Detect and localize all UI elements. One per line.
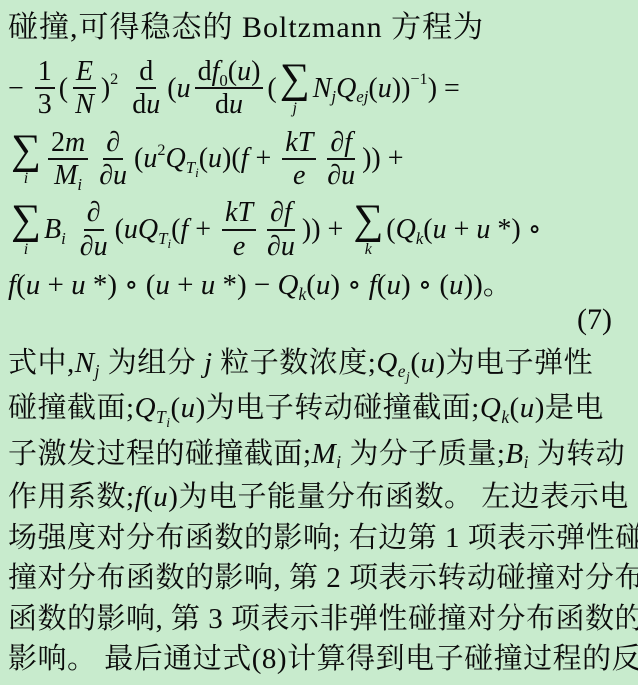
math-var: u bbox=[420, 347, 435, 379]
math-var: j bbox=[331, 88, 336, 106]
math-var: B bbox=[505, 434, 523, 475]
summation: ∑i bbox=[11, 131, 41, 188]
math-text: *) ∘ bbox=[490, 215, 541, 244]
sub-group: ej bbox=[398, 351, 411, 394]
math-var: u bbox=[124, 215, 138, 244]
math-text: d bbox=[215, 89, 229, 120]
math-text: ( bbox=[115, 215, 124, 244]
math-text: ( bbox=[143, 481, 153, 513]
numerator: E bbox=[73, 56, 96, 89]
math-text: 1 bbox=[38, 56, 52, 87]
superscript: 2 bbox=[110, 71, 118, 88]
subscript: i bbox=[524, 442, 529, 483]
math-text: 粒子数浓度; bbox=[213, 347, 377, 379]
body-paragraph: 式中,Nj 为组分 j 粒子数浓度;Qej(u)为电子弹性 碰撞截面;QTi(u… bbox=[8, 343, 630, 680]
numerator: ∂ bbox=[84, 197, 104, 230]
sigma-icon: ∑ bbox=[11, 131, 41, 170]
math-text: )为电子能量分布函数。 左边表示电 bbox=[168, 481, 628, 513]
math-text: ( bbox=[134, 144, 143, 173]
subscript: k bbox=[416, 230, 423, 248]
math-var: e bbox=[233, 231, 245, 262]
intro-line: 碰撞,可得稳态的 Boltzmann 方程为 bbox=[8, 6, 630, 50]
math-text: d bbox=[198, 56, 212, 87]
denominator: e bbox=[230, 231, 248, 262]
math-text: ( bbox=[386, 215, 395, 244]
math-var: j bbox=[95, 351, 100, 392]
math-text: )) bbox=[392, 74, 411, 103]
subscript: Ti bbox=[156, 397, 170, 440]
math-text: − bbox=[8, 74, 31, 103]
numerator: d bbox=[136, 56, 156, 89]
math-text: ( bbox=[306, 270, 316, 300]
denominator: ∂u bbox=[324, 160, 358, 191]
math-text: + bbox=[188, 215, 218, 244]
math-text: ( bbox=[423, 215, 432, 244]
math-text: )( bbox=[222, 144, 241, 173]
math-text: ) ∘ ( bbox=[401, 270, 449, 300]
math-text: 碰撞截面; bbox=[8, 392, 135, 424]
math-var: u bbox=[143, 144, 157, 173]
math-text: 为转动 bbox=[529, 438, 625, 470]
math-var: f bbox=[135, 481, 144, 513]
math-text: + bbox=[447, 215, 477, 244]
math-var: e bbox=[398, 351, 406, 392]
sub-group: Ti bbox=[158, 230, 171, 248]
subscript: i bbox=[195, 166, 199, 180]
sub-group: Nj bbox=[313, 74, 336, 103]
subscript: k bbox=[501, 397, 509, 438]
fraction: ∂∂u bbox=[96, 127, 130, 192]
math-text: 0 bbox=[219, 72, 227, 91]
subscript: ej bbox=[398, 351, 411, 394]
superscript: −1 bbox=[410, 71, 427, 88]
sub-group: f0 bbox=[212, 56, 228, 87]
body-line-6: 撞对分布函数的影响, 第 2 项表示转动碰撞对分布 bbox=[8, 558, 630, 599]
fraction: kTe bbox=[222, 197, 256, 262]
fraction: ∂f∂u bbox=[324, 127, 358, 192]
subscript: i bbox=[336, 442, 341, 483]
body-line-1: 式中,Nj 为组分 j 粒子数浓度;Qej(u)为电子弹性 bbox=[8, 343, 630, 389]
fraction: 2mMi bbox=[48, 127, 88, 192]
sub-group: Qk bbox=[480, 388, 510, 432]
sub-group: Mi bbox=[312, 434, 342, 478]
math-text: ) ∘ bbox=[330, 270, 368, 300]
fraction: ∂f∂u bbox=[264, 197, 298, 262]
denominator: du bbox=[212, 89, 246, 120]
math-text: ( bbox=[59, 74, 68, 103]
math-var: T bbox=[158, 230, 167, 248]
math-var: u bbox=[177, 74, 191, 103]
sigma-icon: ∑ bbox=[353, 201, 383, 240]
denominator: ∂u bbox=[264, 231, 298, 262]
math-var: u bbox=[229, 89, 243, 120]
sub-group: Nj bbox=[75, 343, 100, 387]
fraction: df0(u)du bbox=[195, 56, 264, 121]
math-text: )是电 bbox=[535, 392, 604, 424]
math-var: ∂u bbox=[99, 160, 127, 191]
math-var: i bbox=[167, 237, 171, 251]
fraction: EN bbox=[72, 56, 97, 121]
sigma-icon: ∑ bbox=[280, 60, 310, 99]
math-var: T bbox=[186, 159, 195, 177]
math-text: 作用系数; bbox=[8, 481, 135, 513]
math-var: i bbox=[166, 403, 170, 444]
math-var: Q bbox=[480, 388, 501, 429]
math-text: ( bbox=[16, 270, 26, 300]
math-var: u bbox=[181, 392, 196, 424]
math-var: T bbox=[156, 397, 166, 438]
math-var: e bbox=[293, 160, 305, 191]
summation: ∑j bbox=[280, 60, 310, 117]
math-var: u bbox=[26, 270, 41, 300]
numerator: 2m bbox=[48, 127, 88, 160]
sub-group: Qk bbox=[396, 215, 424, 244]
math-var: i bbox=[336, 442, 341, 483]
math-text: + bbox=[248, 144, 278, 173]
math-text: ) bbox=[101, 74, 110, 103]
math-var: k bbox=[298, 285, 306, 303]
sub-group: Mi bbox=[54, 160, 82, 191]
math-text: ( bbox=[167, 74, 176, 103]
subscript: j bbox=[95, 351, 100, 392]
equation-line-3: ∑iBi ∂∂u(uQTi(f + kTe∂f∂u)) + ∑k(Qk(u + … bbox=[8, 197, 630, 262]
sub-group: Bi bbox=[44, 215, 66, 244]
math-var: f bbox=[212, 56, 220, 87]
math-text: ( bbox=[170, 392, 180, 424]
numerator: ∂ bbox=[103, 127, 123, 160]
sub-group: QTi bbox=[135, 388, 171, 434]
math-var: u bbox=[520, 392, 535, 424]
math-var: u bbox=[237, 56, 251, 87]
denominator: N bbox=[72, 89, 97, 120]
math-var: M bbox=[312, 434, 337, 475]
math-text: 函数的影响, 第 3 项表示非弹性碰撞对分布函数的 bbox=[8, 603, 638, 635]
subscript: i bbox=[77, 176, 82, 195]
math-var: f bbox=[180, 215, 188, 244]
math-var: u bbox=[153, 481, 168, 513]
math-var: ∂f bbox=[270, 197, 292, 228]
body-line-8: 影响。 最后通过式(8)计算得到电子碰撞过程的反 bbox=[8, 639, 630, 680]
equation-line-4: f(u + u *) ∘ (u + u *) − Qk(u) ∘ f(u) ∘ … bbox=[8, 270, 630, 300]
math-text: ) = bbox=[428, 74, 460, 103]
superscript: 2 bbox=[157, 142, 165, 159]
math-text: 影响。 最后通过式(8)计算得到电子碰撞过程的反 bbox=[8, 643, 638, 675]
math-var: ∂ bbox=[87, 197, 101, 228]
math-text: 为组分 bbox=[100, 347, 204, 379]
math-text: 3 bbox=[38, 89, 52, 120]
summation: ∑i bbox=[11, 201, 41, 258]
denominator: e bbox=[290, 160, 308, 191]
math-var: j bbox=[364, 88, 369, 106]
sum-index: j bbox=[293, 101, 297, 117]
math-var: Q bbox=[135, 388, 156, 429]
sum-index: k bbox=[365, 242, 372, 258]
math-var: N bbox=[75, 89, 94, 120]
numerator: ∂f bbox=[267, 197, 295, 230]
math-var: ∂f bbox=[330, 127, 352, 158]
sub-group: QTi bbox=[138, 215, 171, 244]
equation-block: − 13(EN)2 ddu(udf0(u)du(∑jNjQej(u))−1) =… bbox=[8, 56, 630, 337]
math-var: ∂u bbox=[267, 231, 295, 262]
math-text: ( bbox=[368, 74, 377, 103]
math-text: 2 bbox=[51, 127, 65, 158]
math-text: 为分子质量; bbox=[342, 438, 506, 470]
subscript: i bbox=[61, 230, 66, 248]
denominator: ∂u bbox=[77, 231, 111, 262]
math-var: Q bbox=[278, 270, 299, 300]
math-var: u bbox=[155, 270, 170, 300]
math-text: + bbox=[170, 270, 201, 300]
math-text: ( bbox=[510, 392, 520, 424]
math-text: d bbox=[132, 89, 146, 120]
math-var: i bbox=[524, 442, 529, 483]
math-text: *) ∘ ( bbox=[86, 270, 156, 300]
math-text: ( bbox=[199, 144, 208, 173]
subscript: Ti bbox=[158, 230, 171, 248]
math-var: i bbox=[77, 176, 82, 195]
math-var: j bbox=[406, 357, 410, 398]
math-var: f bbox=[241, 144, 249, 173]
math-var: k bbox=[501, 397, 509, 438]
math-text: )) + bbox=[362, 144, 403, 173]
math-var: Q bbox=[165, 144, 185, 173]
math-var: i bbox=[195, 166, 199, 180]
math-text: )) + bbox=[302, 215, 350, 244]
math-text: + bbox=[40, 270, 71, 300]
math-var: Q bbox=[138, 215, 158, 244]
math-var: u bbox=[433, 215, 447, 244]
math-text: ) bbox=[251, 56, 260, 87]
math-var: N bbox=[313, 74, 332, 103]
denominator: du bbox=[129, 89, 163, 120]
math-var: ∂u bbox=[327, 160, 355, 191]
fraction: 13 bbox=[35, 56, 55, 121]
math-text: ))。 bbox=[464, 270, 512, 300]
math-var: u bbox=[208, 144, 222, 173]
denominator: Mi bbox=[51, 160, 85, 191]
subscript: i bbox=[167, 237, 171, 251]
page: { "page": { "bg_color": "#c8ebcd", "text… bbox=[0, 0, 638, 685]
subscript: Ti bbox=[186, 159, 199, 177]
math-var: f bbox=[8, 270, 16, 300]
subscript: i bbox=[166, 403, 170, 444]
math-var: k bbox=[416, 230, 423, 248]
math-var: ∂ bbox=[106, 127, 120, 158]
math-var: u bbox=[378, 74, 392, 103]
denominator: ∂u bbox=[96, 160, 130, 191]
body-line-2: 碰撞截面;QTi(u)为电子转动碰撞截面;Qk(u)是电 bbox=[8, 388, 630, 434]
sum-index: i bbox=[24, 171, 28, 187]
math-text: d bbox=[139, 56, 153, 87]
fraction: ddu bbox=[129, 56, 163, 121]
math-var: j bbox=[204, 347, 213, 379]
equation-line-2: ∑i2mMi∂∂u(u2QTi(u)(f + kTe∂f∂u)) + bbox=[8, 127, 630, 192]
math-text: ( bbox=[410, 347, 420, 379]
math-text: 撞对分布函数的影响, 第 2 项表示转动碰撞对分布 bbox=[8, 562, 638, 594]
body-line-5: 场强度对分布函数的影响; 右边第 1 项表示弹性碰 bbox=[8, 518, 630, 559]
math-text: ( bbox=[171, 215, 180, 244]
fraction: ∂∂u bbox=[77, 197, 111, 262]
math-var: u bbox=[146, 89, 160, 120]
math-var: u bbox=[316, 270, 331, 300]
math-text: ( bbox=[228, 56, 237, 87]
equation-line-1: − 13(EN)2 ddu(udf0(u)du(∑jNjQej(u))−1) = bbox=[8, 56, 630, 121]
math-var: m bbox=[65, 127, 85, 158]
sub-group: Bi bbox=[505, 434, 529, 478]
math-text bbox=[66, 215, 73, 244]
numerator: kT bbox=[222, 197, 256, 230]
body-line-4: 作用系数;f(u)为电子能量分布函数。 左边表示电 bbox=[8, 477, 630, 518]
math-var: Q bbox=[336, 74, 356, 103]
subscript: j bbox=[331, 88, 336, 106]
math-var: E bbox=[76, 56, 93, 87]
subscript: 0 bbox=[219, 72, 227, 91]
math-var: u bbox=[476, 215, 490, 244]
math-var: u bbox=[386, 270, 401, 300]
math-text: 场强度对分布函数的影响; 右边第 1 项表示弹性碰 bbox=[8, 522, 638, 554]
math-var: ∂u bbox=[80, 231, 108, 262]
numerator: 1 bbox=[35, 56, 55, 89]
body-line-7: 函数的影响, 第 3 项表示非弹性碰撞对分布函数的 bbox=[8, 599, 630, 640]
math-var: u bbox=[71, 270, 86, 300]
math-var: f bbox=[369, 270, 377, 300]
math-text: )为电子转动碰撞截面; bbox=[196, 392, 480, 424]
math-text: ( bbox=[377, 270, 387, 300]
sub-group: Ti bbox=[186, 159, 199, 177]
body-line-3: 子激发过程的碰撞截面;Mi 为分子质量;Bi 为转动 bbox=[8, 434, 630, 478]
numerator: ∂f bbox=[327, 127, 355, 160]
subscript: j bbox=[406, 357, 410, 398]
fraction: kTe bbox=[282, 127, 316, 192]
math-text: 式中, bbox=[8, 347, 75, 379]
math-text: )为电子弹性 bbox=[435, 347, 593, 379]
math-text: *) − bbox=[215, 270, 277, 300]
sub-group: Qej bbox=[336, 74, 368, 103]
math-var: kT bbox=[225, 197, 253, 228]
math-var: i bbox=[61, 230, 66, 248]
math-text: 子激发过程的碰撞截面; bbox=[8, 438, 312, 470]
subscript: k bbox=[298, 285, 306, 303]
math-var: Q bbox=[396, 215, 416, 244]
subscript: ej bbox=[356, 88, 368, 106]
math-var: kT bbox=[285, 127, 313, 158]
sub-group: Qk bbox=[278, 270, 307, 300]
math-var: e bbox=[356, 88, 363, 106]
math-text: ( bbox=[267, 74, 276, 103]
math-text bbox=[118, 74, 125, 103]
sub-group: QTi bbox=[165, 144, 198, 173]
sum-index: i bbox=[24, 242, 28, 258]
sub-group: Qej bbox=[376, 343, 410, 389]
sigma-icon: ∑ bbox=[11, 201, 41, 240]
math-var: B bbox=[44, 215, 61, 244]
denominator: 3 bbox=[35, 89, 55, 120]
numerator: kT bbox=[282, 127, 316, 160]
summation: ∑k bbox=[353, 201, 383, 258]
math-var: u bbox=[201, 270, 216, 300]
math-var: M bbox=[54, 160, 77, 191]
math-var: u bbox=[449, 270, 464, 300]
sub-group: Ti bbox=[156, 397, 170, 440]
numerator: df0(u) bbox=[195, 56, 264, 89]
math-var: Q bbox=[376, 343, 397, 384]
math-var: N bbox=[75, 343, 95, 384]
equation-number: (7) bbox=[8, 303, 630, 337]
